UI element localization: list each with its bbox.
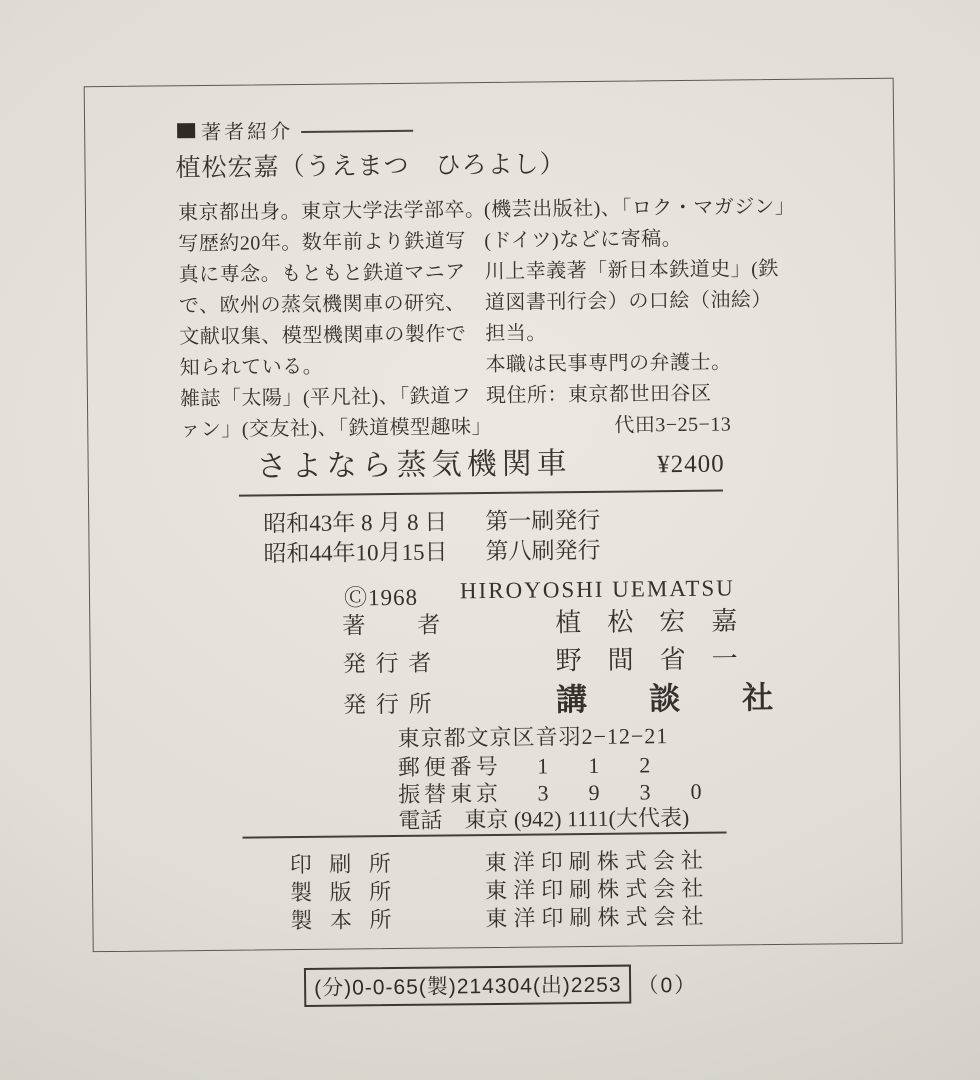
- bio-line: (機芸出版社)、「ロク・マガジン」: [484, 191, 824, 226]
- author-bio-left-column: 東京都出身。東京大学法学部卒。 写歴約20年。数年前より鉄道写 真に専念。もとも…: [178, 195, 497, 446]
- book-code-suffix: （0）: [637, 968, 697, 999]
- credit-role-publisher-person: 発 行 者: [343, 643, 556, 678]
- credit-role-publishing-house: 発 行 所: [343, 684, 556, 719]
- bookbinder-company: 東洋印刷株式会社: [485, 900, 709, 933]
- bio-line: 担当。: [485, 315, 825, 350]
- credit-row-author: 著 者 植 松 宏 嘉: [342, 600, 737, 641]
- credit-role-author: 著 者: [342, 605, 555, 640]
- credit-name-author: 植 松 宏 嘉: [555, 600, 737, 639]
- credit-row-publishing-house: 発 行 所 講 談 社: [343, 672, 773, 722]
- title-row: さよなら蒸気機関車 ¥2400: [256, 437, 724, 486]
- bio-line: 知られている。: [179, 350, 495, 384]
- bio-line: で、欧州の蒸気機関車の研究、: [179, 288, 495, 322]
- bio-line: (ドイツ)などに寄稿。: [484, 222, 824, 257]
- bio-line: 道図書刊行会）の口絵（油絵）: [485, 284, 825, 319]
- author-intro-heading: 著者紹介: [177, 114, 413, 145]
- colophon-frame: 著者紹介 植松宏嘉（うえまつ ひろよし） 東京都出身。東京大学法学部卒。 写歴約…: [84, 78, 903, 952]
- price: ¥2400: [657, 451, 725, 480]
- bio-line: 文献収集、模型機関車の製作で: [179, 319, 495, 353]
- square-bullet-icon: [177, 123, 195, 138]
- bookbinder-row: 製 本 所 東洋印刷株式会社: [290, 900, 709, 935]
- bio-line: 東京都出身。東京大学法学部卒。: [178, 195, 494, 229]
- bio-line: 写歴約20年。数年前より鉄道写: [178, 226, 494, 260]
- publisher-phone: 電話 東京 (942) 1111(大代表): [398, 801, 689, 835]
- bio-line: 現住所：東京都世田谷区: [486, 377, 826, 412]
- bio-line: 雑誌「太陽」(平凡社)、「鉄道フ: [180, 381, 496, 415]
- credit-name-publisher-person: 野 間 省 一: [556, 638, 738, 677]
- eighth-edition-row: 昭和44年10月15日 第八刷発行: [263, 536, 600, 570]
- edition-dates: 昭和43年 8 月 8 日 第一刷発行 昭和44年10月15日 第八刷発行: [263, 506, 601, 570]
- author-intro-heading-label: 著者紹介: [201, 115, 293, 145]
- horizontal-rule-top: [239, 490, 723, 497]
- book-title: さよなら蒸気機関車: [256, 438, 571, 485]
- bio-line: 真に専念。もともと鉄道マニア: [179, 257, 495, 291]
- author-name: 植松宏嘉（うえまつ ひろよし）: [175, 144, 565, 184]
- heading-dash-rule: [301, 129, 413, 132]
- first-edition-date: 昭和43年 8 月 8 日: [263, 507, 485, 539]
- book-code-line: (分)0-0-65(製)214304(出)2253 （0）: [304, 964, 698, 1007]
- author-bio-right-column: (機芸出版社)、「ロク・マガジン」 (ドイツ)などに寄稿。 川上幸義著「新日本鉄…: [484, 191, 827, 443]
- book-page: 著者紹介 植松宏嘉（うえまつ ひろよし） 東京都出身。東京大学法学部卒。 写歴約…: [0, 0, 980, 1080]
- colophon-page-photo: 著者紹介 植松宏嘉（うえまつ ひろよし） 東京都出身。東京大学法学部卒。 写歴約…: [0, 0, 980, 1080]
- eighth-edition-label: 第八刷発行: [485, 536, 600, 567]
- first-edition-row: 昭和43年 8 月 8 日 第一刷発行: [263, 506, 600, 540]
- bookbinder-role: 製 本 所: [290, 902, 485, 935]
- eighth-edition-date: 昭和44年10月15日: [263, 537, 485, 569]
- first-edition-label: 第一刷発行: [485, 506, 600, 537]
- bio-line: 川上幸義著「新日本鉄道史」(鉄: [484, 253, 824, 288]
- book-code-box: (分)0-0-65(製)214304(出)2253: [304, 965, 632, 1007]
- credit-name-publishing-house: 講 談 社: [556, 672, 773, 719]
- bio-line: 本職は民事専門の弁護士。: [485, 346, 825, 381]
